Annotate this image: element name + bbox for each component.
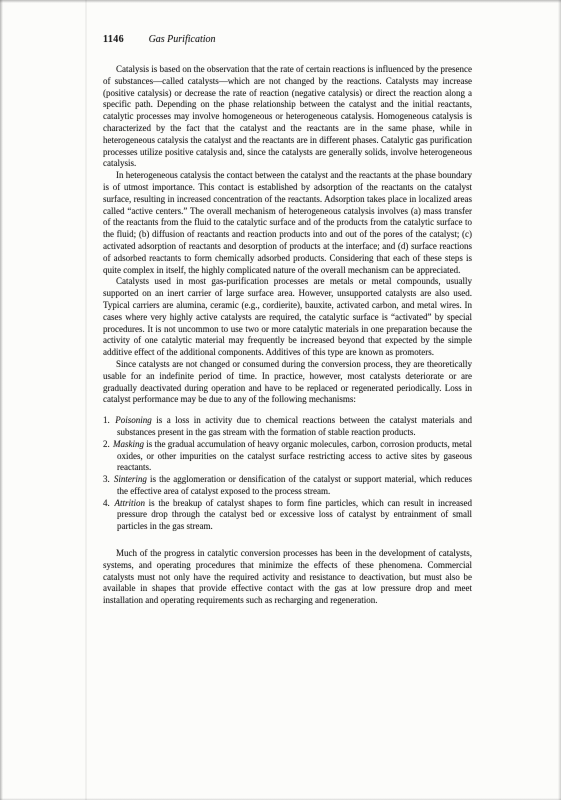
paragraph-catalysis-intro: Catalysis is based on the observation th… bbox=[103, 64, 472, 170]
list-item-attrition: 4. Attrition is the breakup of catalyst … bbox=[103, 498, 472, 533]
paragraph-closing: Much of the progress in catalytic conver… bbox=[103, 548, 472, 607]
list-number: 1. bbox=[103, 415, 110, 425]
list-item-masking: 2. Masking is the gradual accumulation o… bbox=[103, 439, 472, 474]
list-number: 3. bbox=[103, 474, 110, 484]
book-page-scan: 1146 Gas Purification Catalysis is based… bbox=[0, 0, 561, 800]
page-content: 1146 Gas Purification Catalysis is based… bbox=[103, 34, 472, 607]
list-term: Poisoning bbox=[115, 415, 152, 425]
list-text: is a loss in activity due to chemical re… bbox=[117, 415, 472, 437]
list-text: is the agglomeration or densification of… bbox=[117, 474, 472, 496]
list-number: 2. bbox=[103, 439, 110, 449]
deactivation-mechanism-list: 1. Poisoning is a loss in activity due t… bbox=[103, 415, 472, 533]
list-item-poisoning: 1. Poisoning is a loss in activity due t… bbox=[103, 415, 472, 439]
page-gutter-shadow bbox=[85, 0, 87, 800]
page-header: 1146 Gas Purification bbox=[103, 34, 472, 46]
paragraph-catalyst-deactivation: Since catalysts are not changed or consu… bbox=[103, 359, 472, 406]
running-title: Gas Purification bbox=[149, 34, 216, 45]
list-term: Sintering bbox=[114, 474, 147, 484]
list-number: 4. bbox=[103, 498, 110, 508]
page-number: 1146 bbox=[103, 34, 124, 45]
paragraph-catalyst-materials: Catalysts used in most gas-purification … bbox=[103, 276, 472, 359]
list-text: is the breakup of catalyst shapes to for… bbox=[117, 498, 472, 532]
paragraph-heterogeneous-catalysis: In heterogeneous catalysis the contact b… bbox=[103, 170, 472, 276]
list-term: Attrition bbox=[114, 498, 145, 508]
list-text: is the gradual accumulation of heavy org… bbox=[117, 439, 472, 473]
list-item-sintering: 3. Sintering is the agglomeration or den… bbox=[103, 474, 472, 498]
list-term: Masking bbox=[113, 439, 144, 449]
scan-edge-left bbox=[0, 0, 3, 800]
